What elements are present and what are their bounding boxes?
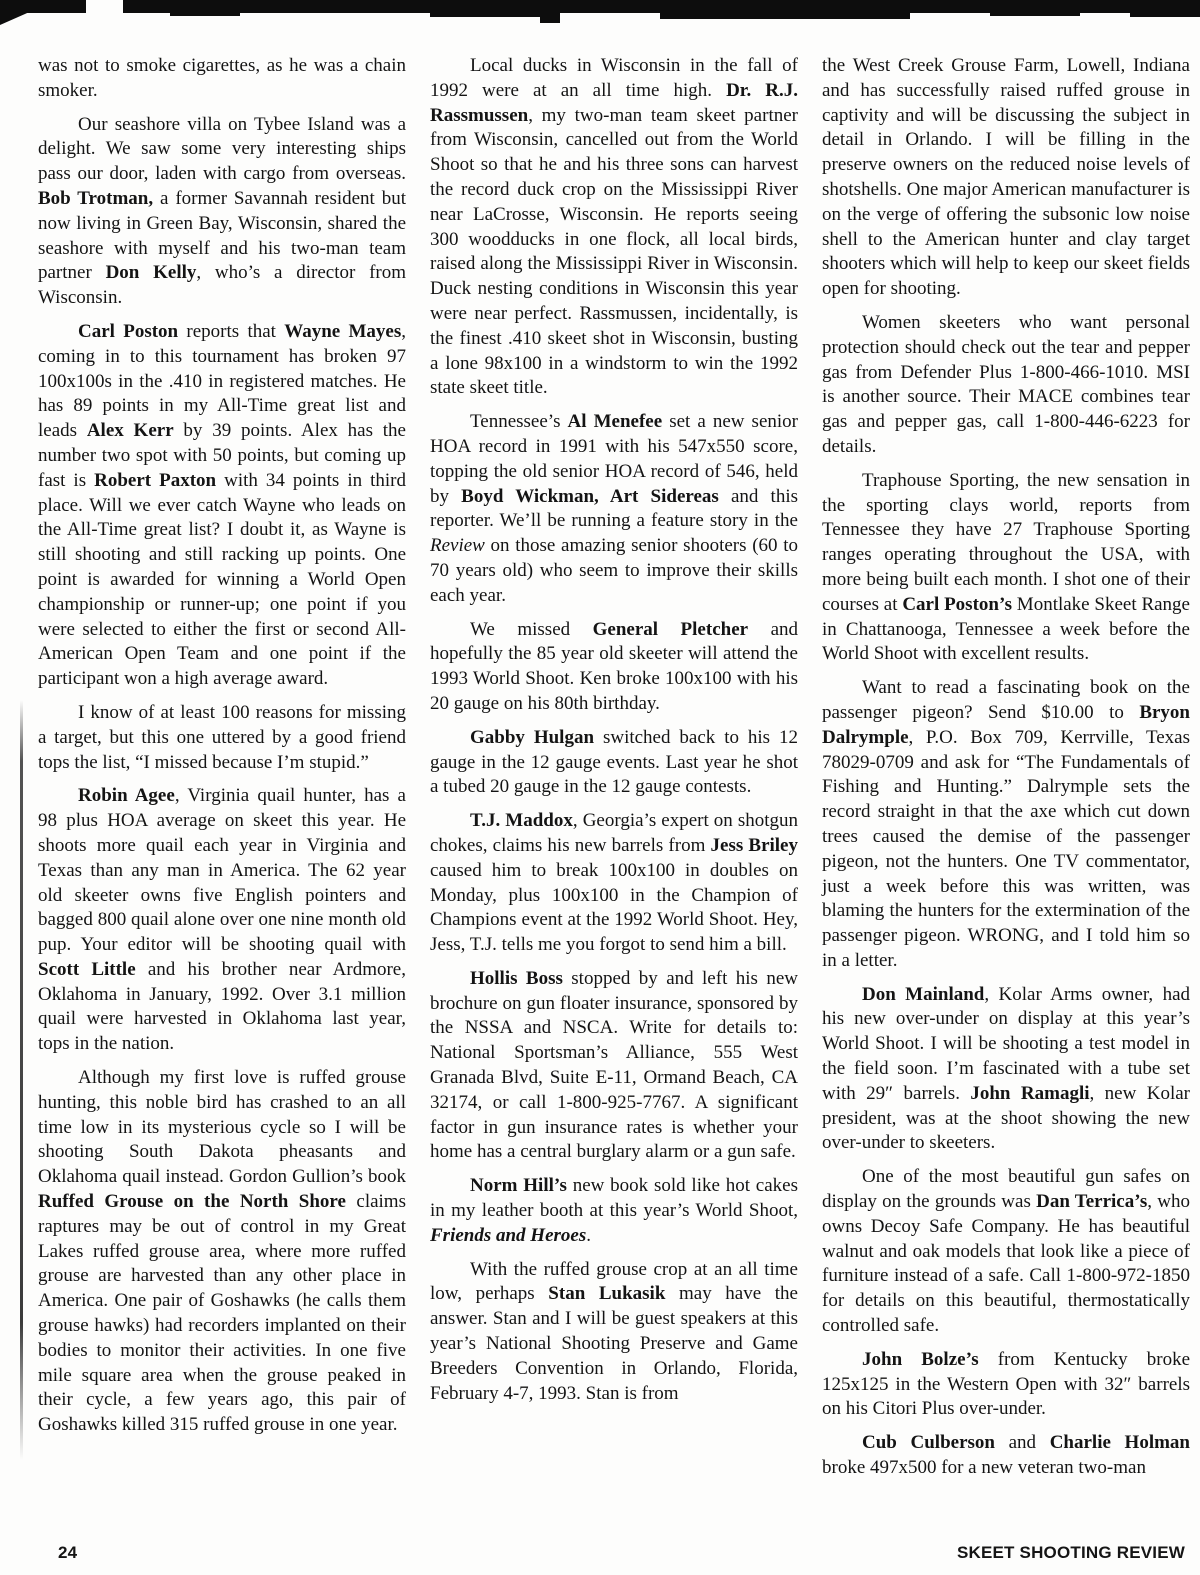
paragraph: Tennessee’s Al Menefee set a new senior … bbox=[430, 410, 798, 608]
scan-blob bbox=[1130, 13, 1200, 17]
paragraph: John Bolze’s from Kentucky broke 125x125… bbox=[822, 1348, 1190, 1422]
paragraph: Local ducks in Wisconsin in the fall of … bbox=[430, 54, 798, 401]
paragraph: the West Creek Grouse Farm, Lowell, Indi… bbox=[822, 54, 1190, 302]
paragraph: Traphouse Sporting, the new sensation in… bbox=[822, 469, 1190, 667]
paragraph: One of the most beautiful gun safes on d… bbox=[822, 1165, 1190, 1339]
footer-brand: SKEET SHOOTING REVIEW bbox=[957, 1543, 1185, 1563]
paragraph: Don Mainland, Kolar Arms owner, had his … bbox=[822, 983, 1190, 1157]
page-footer: 24 SKEET SHOOTING REVIEW bbox=[0, 1543, 1200, 1563]
paragraph: Carl Poston reports that Wayne Mayes, co… bbox=[38, 320, 406, 692]
paragraph: Gabby Hulgan switched back to his 12 gau… bbox=[430, 726, 798, 800]
paragraph: Our seashore villa on Tybee Island was a… bbox=[38, 113, 406, 311]
magazine-page: was not to smoke cigarettes, as he was a… bbox=[0, 0, 1200, 1575]
column-3: the West Creek Grouse Farm, Lowell, Indi… bbox=[822, 54, 1190, 1490]
paragraph: was not to smoke cigarettes, as he was a… bbox=[38, 54, 406, 104]
paragraph: Women skeeters who want personal protect… bbox=[822, 311, 1190, 460]
article-body: was not to smoke cigarettes, as he was a… bbox=[38, 54, 1190, 1490]
column-2: Local ducks in Wisconsin in the fall of … bbox=[430, 54, 798, 1490]
paragraph: We missed General Pletcher and hopefully… bbox=[430, 618, 798, 717]
scan-blob bbox=[660, 13, 910, 19]
paragraph: Hollis Boss stopped by and left his new … bbox=[430, 967, 798, 1165]
paragraph: Norm Hill’s new book sold like hot cakes… bbox=[430, 1174, 798, 1248]
column-1: was not to smoke cigarettes, as he was a… bbox=[38, 54, 406, 1490]
scan-blob bbox=[123, 0, 1200, 13]
scan-line-artifact bbox=[20, 700, 23, 1460]
scan-blob bbox=[540, 16, 560, 23]
paragraph: Want to read a fascinating book on the p… bbox=[822, 676, 1190, 974]
footer-page-number: 24 bbox=[58, 1543, 77, 1563]
scan-blob bbox=[990, 13, 1080, 16]
scan-blob bbox=[170, 13, 240, 16]
paragraph: I know of at least 100 reasons for missi… bbox=[38, 701, 406, 775]
paragraph: Cub Culberson and Charlie Holman broke 4… bbox=[822, 1431, 1190, 1481]
paragraph: Robin Agee, Virginia quail hunter, has a… bbox=[38, 784, 406, 1057]
paragraph: Although my first love is ruffed grouse … bbox=[38, 1066, 406, 1438]
scan-blob bbox=[0, 0, 86, 13]
paragraph: T.J. Maddox, Georgia’s expert on shotgun… bbox=[430, 809, 798, 958]
paragraph: With the ruffed grouse crop at an all ti… bbox=[430, 1258, 798, 1407]
